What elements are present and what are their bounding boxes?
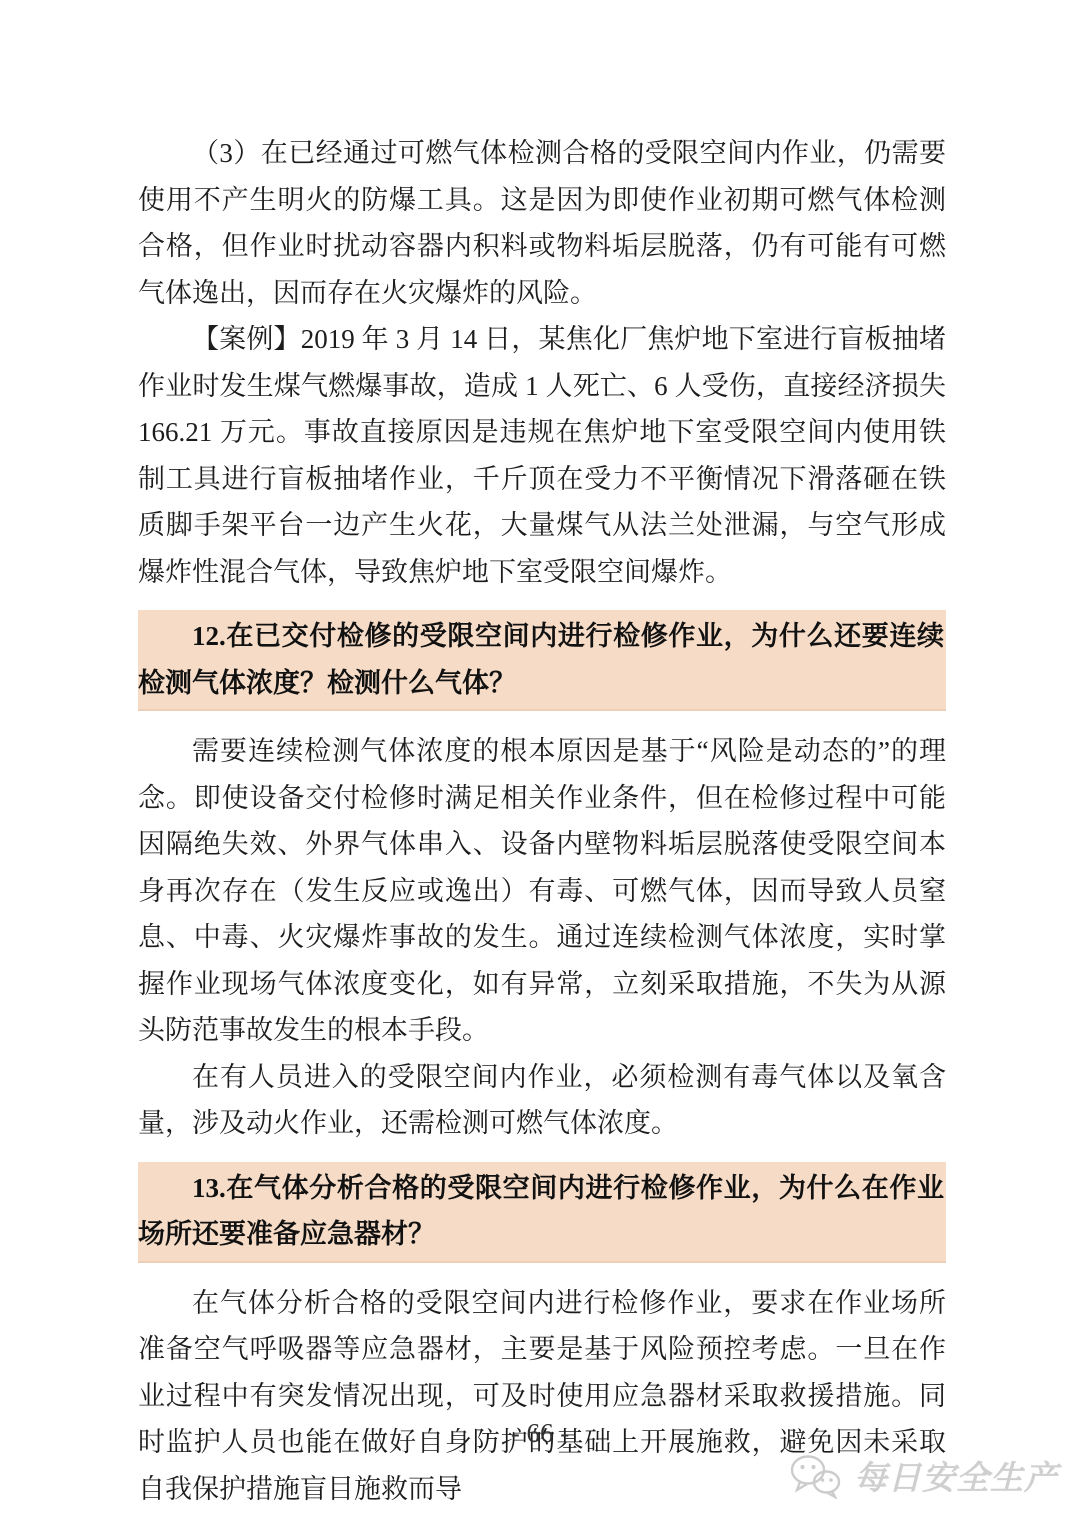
wechat-icon	[788, 1453, 842, 1499]
watermark-text: 每日安全生产	[854, 1452, 1058, 1499]
section-heading-question-13: 13.在气体分析合格的受限空间内进行检修作业，为什么在作业场所还要准备应急器材？	[138, 1162, 946, 1263]
paragraph-point-3: （3）在已经通过可燃气体检测合格的受限空间内作业，仍需要使用不产生明火的防爆工具…	[138, 130, 946, 316]
paragraph-answer-12-main: 需要连续检测气体浓度的根本原因是基于“风险是动态的”的理念。即使设备交付检修时满…	[138, 728, 946, 1054]
paragraph-answer-12-supplement: 在有人员进入的受限空间内作业，必须检测有毒气体以及氧含量，涉及动火作业，还需检测…	[138, 1054, 946, 1147]
page-content: （3）在已经通过可燃气体检测合格的受限空间内作业，仍需要使用不产生明火的防爆工具…	[138, 130, 946, 1512]
publisher-watermark: 每日安全生产	[788, 1452, 1058, 1499]
paragraph-case-example: 【案例】2019 年 3 月 14 日，某焦化厂焦炉地下室进行盲板抽堵作业时发生…	[138, 316, 946, 595]
section-heading-question-12: 12.在已交付检修的受限空间内进行检修作业，为什么还要连续检测气体浓度？检测什么…	[138, 610, 946, 711]
page-number: - 66 -	[0, 1418, 1080, 1449]
